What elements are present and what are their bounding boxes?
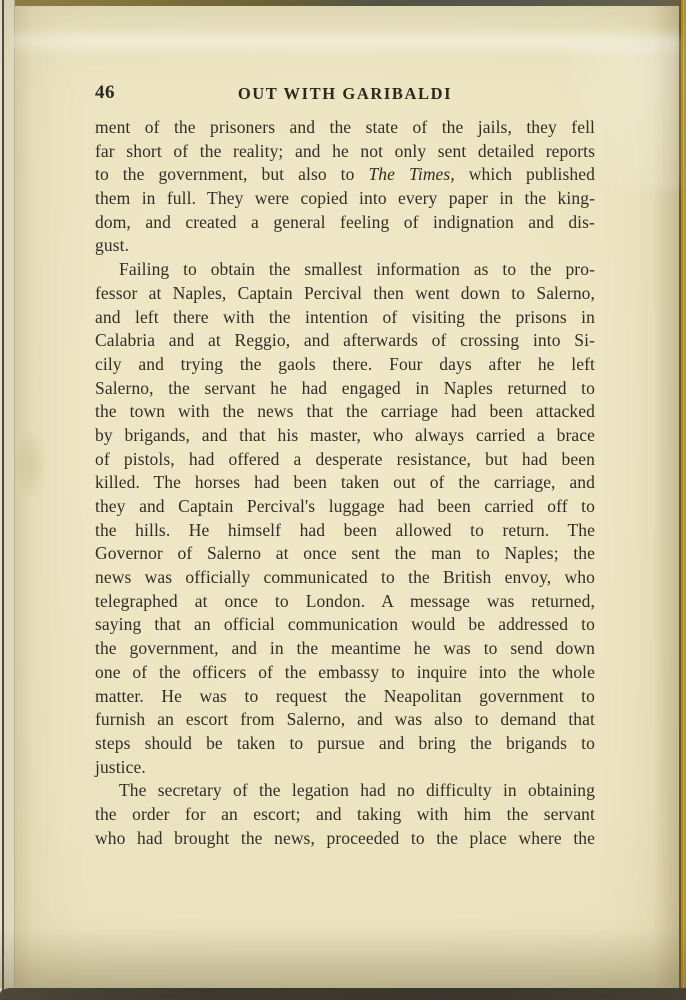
text-line: by brigands, and that his master, who al… (95, 424, 595, 448)
text-line: the town with the news that the carriage… (95, 400, 595, 424)
text-line: to the government, but also to The Times… (95, 163, 595, 187)
text-line: news was officially communicated to the … (95, 566, 595, 590)
scan-top-edge (0, 0, 686, 6)
text-line: the government, and in the meantime he w… (95, 637, 595, 661)
bottom-page-shading (0, 928, 686, 988)
text-line: of pistols, had offered a desperate resi… (95, 448, 595, 472)
text-line: Calabria and at Reggio, and afterwards o… (95, 329, 595, 353)
text-line: Failing to obtain the smallest informati… (95, 258, 595, 282)
page-number: 46 (95, 82, 115, 104)
text-line: far short of the reality; and he not onl… (95, 140, 595, 164)
text-line: saying that an official communication wo… (95, 613, 595, 637)
text-line: the order for an escort; and taking with… (95, 803, 595, 827)
text-line: The secretary of the legation had no dif… (95, 779, 595, 803)
text-line: cily and trying the gaols there. Four da… (95, 353, 595, 377)
scan-left-page-edge (4, 0, 15, 1000)
text-line: furnish an escort from Salerno, and was … (95, 708, 595, 732)
gilt-page-edge (679, 0, 686, 1000)
right-margin-shading (653, 0, 679, 1000)
running-title: OUT WITH GARIBALDI (95, 82, 595, 104)
text-line: one of the officers of the embassy to in… (95, 661, 595, 685)
page-header: 46 OUT WITH GARIBALDI (95, 82, 595, 106)
text-line: steps should be taken to pursue and brin… (95, 732, 595, 756)
text-block: ment of the prisoners and the state of t… (95, 116, 595, 850)
text-line: ment of the prisoners and the state of t… (95, 116, 595, 140)
text-line: dom, and created a general feeling of in… (95, 211, 595, 235)
text-line: telegraphed at once to London. A message… (95, 590, 595, 614)
paper-sheen-top (12, 26, 678, 58)
text-line: Governor of Salerno at once sent the man… (95, 542, 595, 566)
text-line: matter. He was to request the Neapolitan… (95, 685, 595, 709)
text-line: justice. (95, 756, 595, 780)
text-line: fessor at Naples, Captain Percival then … (95, 282, 595, 306)
text-line: killed. The horses had been taken out of… (95, 471, 595, 495)
text-line: gust. (95, 234, 595, 258)
text-line: they and Captain Percival's luggage had … (95, 495, 595, 519)
text-line: who had brought the news, proceeded to t… (95, 827, 595, 851)
left-margin-shading (15, 0, 33, 1000)
text-line: them in full. They were copied into ever… (95, 187, 595, 211)
scan-bottom-edge (0, 988, 686, 1000)
text-line: the hills. He himself had been allowed t… (95, 519, 595, 543)
book-page-scan: 46 OUT WITH GARIBALDI ment of the prison… (0, 0, 686, 1000)
text-line: and left there with the intention of vis… (95, 306, 595, 330)
text-line: Salerno, the servant he had engaged in N… (95, 377, 595, 401)
